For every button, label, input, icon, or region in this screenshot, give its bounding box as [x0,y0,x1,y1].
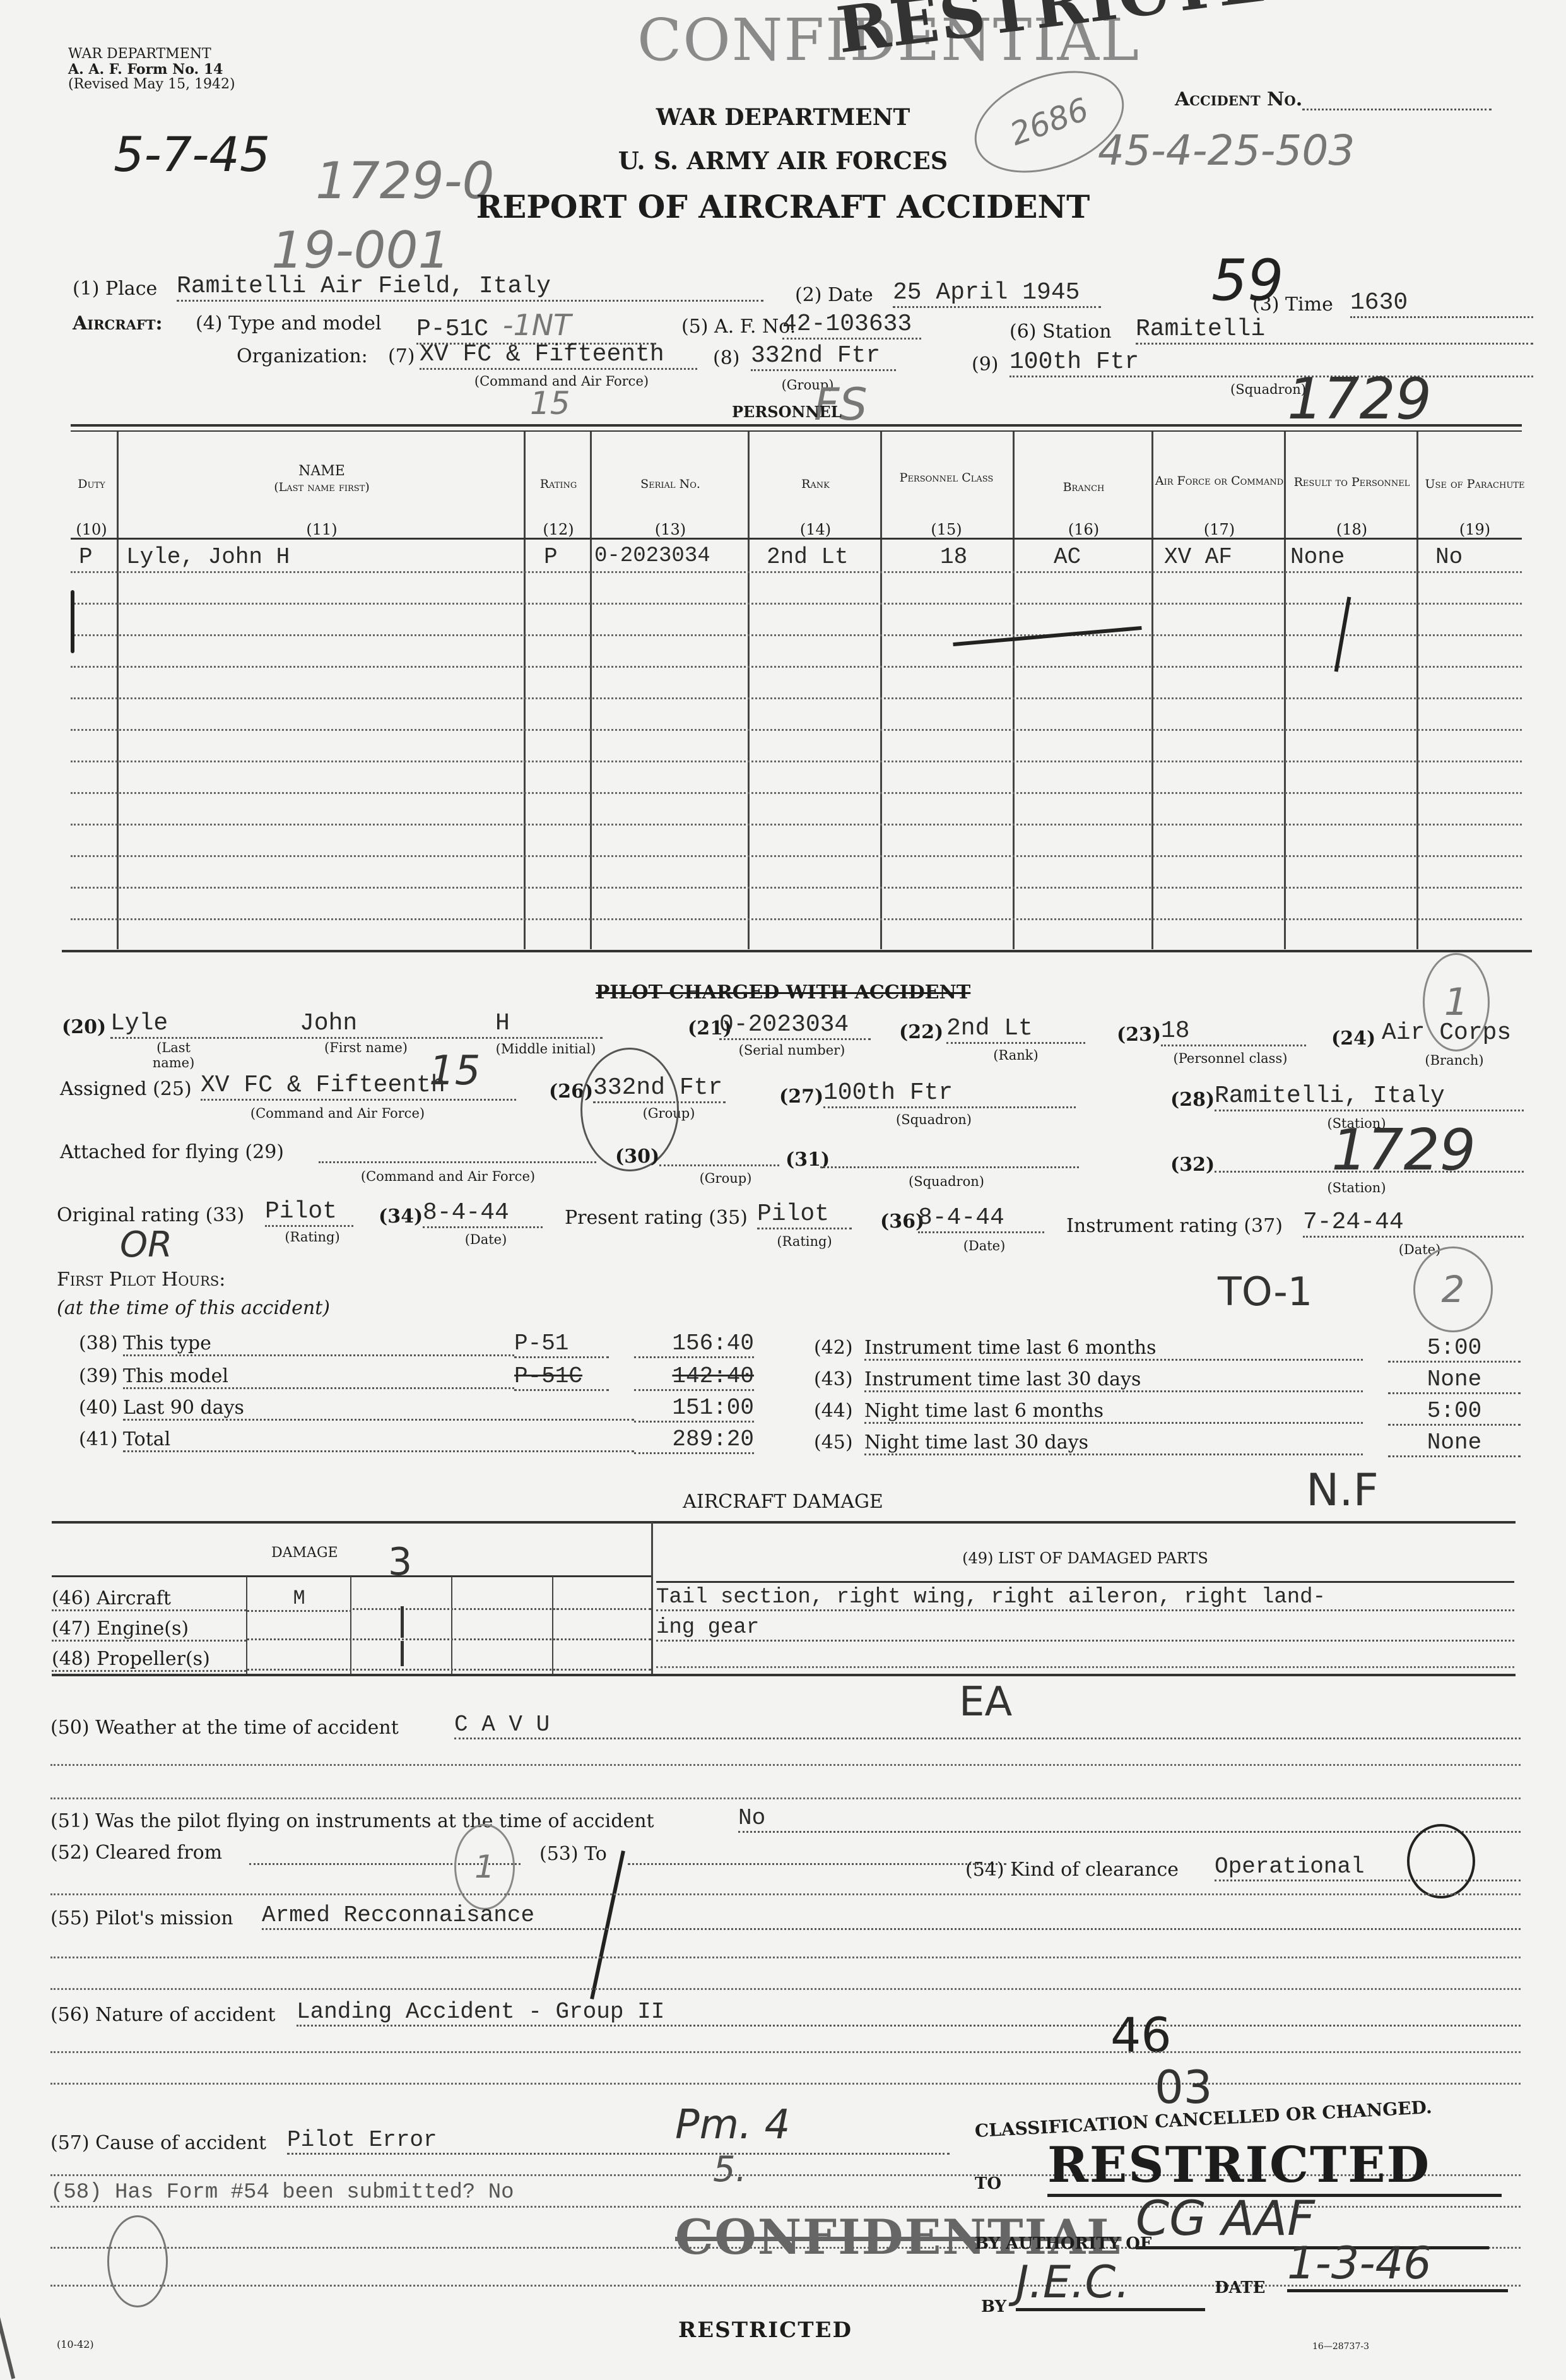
damage-propeller-value[interactable] [247,1650,351,1671]
type-model-handwritten: -1NT [503,308,571,342]
form-number: A. A. F. Form No. 14 [68,62,235,77]
hours-num: (44) [814,1400,864,1422]
handwritten-tick [401,1606,404,1638]
authority-label: BY AUTHORITY OF [975,2234,1151,2253]
col-branch: Branch [1016,480,1151,495]
attached-squadron-hint: (Squadron) [896,1174,997,1189]
hours-aircraft-field[interactable]: P-51C [514,1363,609,1391]
hours-value-field[interactable]: 5:00 [1388,1335,1521,1363]
accident-no-value[interactable] [1302,90,1492,110]
original-rating-date-field[interactable]: 8-4-44 [423,1199,543,1228]
attached-command-hint: (Command and Air Force) [341,1169,555,1184]
form-revised: (Revised May 15, 1942) [68,77,235,92]
handwritten-46: 46 [1110,2007,1172,2063]
last-name-hint: (Last name) [136,1040,211,1070]
af-no-field[interactable]: 42-103633 [782,311,921,340]
attached-group-hint: (Group) [694,1171,757,1186]
cell-duty[interactable]: P [79,544,93,570]
damaged-parts-line-2[interactable]: ing gear [656,1616,1514,1642]
hours-label: Last 90 days [123,1397,634,1421]
damage-row-engine: (47) Engine(s) [52,1614,651,1645]
hours-row-39: (39) This model P-51C 142:40 [79,1363,760,1391]
damage-aircraft-value[interactable]: M [247,1587,351,1612]
handwritten-squadron-note: 1729 [1287,366,1432,432]
col-personnel-class: Personnel Class [890,470,1003,485]
type-model-value: P-51C [416,316,488,343]
place-label: (1) Place [73,278,157,300]
aircraft-label: Aircraft: [73,312,163,335]
damage-row-label: (48) Propeller(s) [52,1648,246,1672]
pilot-charged-title: PILOT CHARGED WITH ACCIDENT [0,981,1566,1004]
classification-date-label: DATE [1215,2278,1265,2297]
handwritten-5: 5. [713,2149,746,2190]
hours-label: This type [123,1332,514,1356]
damage-list: (46) Aircraft M (47) Engine(s) (48) Prop… [52,1584,651,1675]
classification-to-label: TO [975,2174,1001,2193]
type-model-label: (4) Type and model [196,312,382,335]
cell-name[interactable]: Lyle, John H [126,544,290,570]
personnel-title: PERSONNEL [732,403,842,421]
time-label: (3) Time [1252,293,1333,316]
col-num-15: (15) [890,521,1003,538]
hours-label: Total [123,1428,634,1452]
hours-num: (38) [79,1332,123,1354]
col-num-17: (17) [1155,521,1284,538]
damage-header: DAMAGE [271,1545,338,1561]
by-value: J.E.C. [1016,2256,1205,2311]
hours-label: Night time last 30 days [864,1431,1363,1455]
attached-label: Attached for flying (29) [60,1141,284,1163]
present-rating-date-field[interactable]: 8-4-44 [918,1204,1044,1233]
original-rating-label: Original rating (33) [57,1204,244,1226]
station-label: (6) Station [1010,321,1112,343]
cell-serial[interactable]: 0-2023034 [594,544,710,568]
form-54-question[interactable]: (58) Has Form #54 been submitted? No [50,2181,514,2205]
page-edge-mark [0,2286,15,2379]
footer-print-code: 16—28737-3 [1312,2342,1369,2352]
hours-label: This model [123,1365,514,1389]
hours-num: (43) [814,1368,864,1390]
cleared-from-label: (52) Cleared from [50,1842,222,1864]
present-rating-field[interactable]: Pilot [757,1200,852,1229]
col-num-14: (14) [751,521,880,538]
squadron-num-label: (9) [972,353,999,376]
cell-result[interactable]: None [1290,544,1345,570]
original-rating-hint: (Rating) [284,1229,341,1245]
col-rating: Rating [527,477,590,492]
cell-rating[interactable]: P [544,544,558,570]
col-num-18: (18) [1287,521,1416,538]
present-date-hint: (Date) [962,1238,1006,1253]
instruments-field[interactable]: No [738,1805,1521,1833]
col-name-sub: (Last name first) [120,480,524,495]
hours-label: Instrument time last 30 days [864,1368,1363,1392]
col-air-force: Air Force or Command [1155,473,1284,488]
pilot-last-name: Lyle [110,1010,300,1037]
field-30-label: (30) [615,1146,659,1168]
damaged-parts-line-1[interactable]: Tail section, right wing, right aileron,… [656,1585,1514,1611]
handwritten-damage-3: 3 [388,1540,412,1584]
by-label: BY [981,2297,1006,2316]
col-serial: Serial No. [593,477,748,492]
nature-label: (56) Nature of accident [50,2004,275,2026]
footer-form-code: (10-42) [57,2338,94,2350]
handwritten-margin-circle [107,2215,168,2307]
col-num-10: (10) [66,521,117,538]
restricted-stamp-bottom: RESTRICTED [678,2318,852,2343]
title-usaaf: U. S. ARMY AIR FORCES [0,146,1566,175]
damage-row-aircraft: (46) Aircraft M [52,1584,651,1614]
pilot-class-field[interactable]: 18 [1161,1017,1306,1046]
assigned-squadron-field[interactable]: 100th Ftr [823,1079,1076,1108]
cleared-to-field[interactable] [628,1838,1006,1865]
weather-label: (50) Weather at the time of accident [50,1717,399,1739]
hours-label: Night time last 6 months [864,1400,1363,1424]
hours-num: (40) [79,1397,123,1419]
hours-num: (42) [814,1337,864,1359]
classification-date-value: 1-3-46 [1287,2237,1508,2292]
pilot-rank-field[interactable]: 2nd Lt [946,1015,1085,1044]
squadron-field[interactable]: 100th Ftr [1010,348,1533,377]
pilot-first-name: John [300,1010,495,1037]
handwritten-03: 03 [1155,2061,1213,2114]
organization-label: Organization: [237,345,368,367]
hours-label: Instrument time last 6 months [864,1337,1363,1361]
mission-label: (55) Pilot's mission [50,1907,233,1929]
field-24-label: (24) [1331,1027,1375,1050]
hours-row-40: (40) Last 90 days 151:00 [79,1395,760,1423]
cause-label: (57) Cause of accident [50,2132,266,2154]
branch-hint: (Branch) [1416,1053,1492,1068]
accident-no-field[interactable]: Accident No. [1175,88,1492,110]
classification-to-value: RESTRICTED [1047,2136,1502,2197]
hours-row-44: (44) Night time last 6 months 5:00 [814,1398,1521,1426]
present-rating-hint: (Rating) [776,1234,833,1249]
clearance-label: (54) Kind of clearance [965,1859,1179,1881]
col-num-16: (16) [1016,521,1151,538]
pilot-name-field[interactable]: Lyle John H [110,1010,603,1039]
af-no-label: (5) A. F. No. [681,316,796,338]
damage-row-propeller: (48) Propeller(s) [52,1645,651,1675]
handwritten-stroke [953,626,1141,646]
handwritten-or: OR [120,1224,172,1265]
col-rank: Rank [751,477,880,492]
handwritten-15: 15 [530,385,570,422]
rank-hint: (Rank) [991,1048,1041,1063]
hours-value-field[interactable]: 151:00 [634,1395,754,1423]
cell-branch[interactable]: AC [1054,544,1081,570]
cell-command[interactable]: XV AF [1164,544,1232,570]
col-result: Result to Personnel [1287,475,1416,490]
field-27-label: (27) [779,1086,823,1108]
middle-initial-hint: (Middle initial) [492,1041,599,1057]
field-28-label: (28) [1170,1089,1215,1111]
hours-aircraft-field[interactable]: P-51 [514,1330,609,1358]
damaged-parts-header: (49) LIST OF DAMAGED PARTS [656,1549,1514,1567]
cell-rank[interactable]: 2nd Lt [767,544,849,570]
hours-row-45: (45) Night time last 30 days None [814,1430,1521,1457]
weather-field[interactable]: C A V U [454,1712,1521,1739]
handwritten-bracket-mark [71,590,74,653]
instruments-label: (51) Was the pilot flying on instruments… [50,1810,654,1832]
col-num-19: (19) [1420,521,1530,538]
form-dept: WAR DEPARTMENT [68,47,235,62]
hours-value-field[interactable]: None [1388,1430,1521,1457]
hours-value-field[interactable]: 156:40 [634,1330,754,1358]
col-num-13: (13) [593,521,748,538]
handwritten-15-b: 15 [429,1048,480,1094]
hours-num: (39) [79,1365,123,1387]
nature-field[interactable]: Landing Accident - Group II [297,1999,1521,2027]
hours-value-field[interactable]: 5:00 [1388,1398,1521,1426]
col-parachute: Use of Parachute [1420,477,1530,492]
assigned-command-hint: (Command and Air Force) [243,1106,432,1121]
field-22-label: (22) [899,1021,943,1043]
cause-field[interactable]: Pilot Error [287,2127,950,2155]
instrument-rating-field[interactable]: 7-24-44 [1303,1209,1524,1238]
col-num-11: (11) [120,521,524,538]
type-model-field[interactable]: P-51C -1NT [416,308,656,345]
first-pilot-hours-title: First Pilot Hours: [57,1269,225,1291]
handwritten-nf: N.F [1306,1464,1379,1516]
attached-squadron-field[interactable] [820,1141,1079,1168]
first-pilot-hours-subtitle: (at the time of this accident) [57,1297,330,1319]
circled-2: 2 [1413,1246,1493,1332]
field-20-label: (20) [62,1016,106,1038]
date-label: (2) Date [795,284,873,306]
attached-command-field[interactable] [319,1136,596,1163]
form-identifier: WAR DEPARTMENT A. A. F. Form No. 14 (Rev… [68,47,235,92]
hours-row-42: (42) Instrument time last 6 months 5:00 [814,1335,1521,1363]
field-23-label: (23) [1117,1024,1161,1046]
cleared-to-label: (53) To [539,1843,607,1865]
serial-hint: (Serial number) [735,1043,849,1058]
accident-no-label: Accident No. [1175,88,1302,110]
damage-row-label: (47) Engine(s) [52,1618,246,1642]
original-date-hint: (Date) [464,1232,508,1247]
handwritten-code-2: 19-001 [271,221,450,280]
group-num-label: (8) [713,347,740,369]
cmd-num-label: (7) [388,345,415,367]
hours-value-field[interactable]: 142:40 [634,1363,754,1391]
command-field[interactable]: XV FC & Fifteenth [420,341,697,370]
cell-class[interactable]: 18 [940,544,967,570]
handwritten-pm: Pm. 4 [675,2102,790,2148]
cell-parachute[interactable]: No [1435,544,1463,570]
instrument-rating-label: Instrument rating (37) [1066,1215,1283,1237]
hours-value-field[interactable]: None [1388,1366,1521,1394]
pilot-middle-initial: H [495,1010,510,1037]
hours-row-43: (43) Instrument time last 30 days None [814,1366,1521,1394]
hours-row-41: (41) Total 289:20 [79,1426,760,1454]
mission-field[interactable]: Armed Recconnaisance [262,1902,1521,1930]
original-rating-field[interactable]: Pilot [265,1198,353,1227]
attached-group-field[interactable] [659,1139,779,1166]
pilot-branch-field[interactable]: Air Corps [1382,1019,1511,1046]
assigned-station-field[interactable]: Ramitelli, Italy [1215,1082,1524,1111]
station-field[interactable]: Ramitelli [1136,316,1533,345]
date-field[interactable]: 25 April 1945 [893,279,1101,308]
hours-row-38: (38) This type P-51 156:40 [79,1330,760,1358]
page-title: REPORT OF AIRCRAFT ACCIDENT [0,188,1566,225]
assigned-squadron-hint: (Squadron) [883,1112,984,1127]
handwritten-circle [1407,1824,1475,1898]
time-field[interactable]: 1630 [1350,289,1533,318]
field-34-label: (34) [379,1205,423,1228]
pilot-serial-field[interactable]: 0-2023034 [719,1011,871,1040]
first-name-hint: (First name) [315,1040,416,1055]
group-field[interactable]: 332nd Ftr [751,342,896,371]
col-duty: Duty [66,477,117,492]
handwritten-to-1: TO-1 [1218,1269,1312,1315]
handwritten-tick [401,1641,404,1666]
place-field[interactable]: Ramitelli Air Field, Italy [177,273,763,302]
assigned-label: Assigned (25) [60,1078,192,1100]
hours-num: (45) [814,1431,864,1453]
hours-num: (41) [79,1428,123,1450]
present-rating-label: Present rating (35) [565,1207,748,1229]
damage-row-label: (46) Aircraft [52,1587,246,1611]
damage-engine-value[interactable] [247,1619,351,1640]
circled-1-b: 1 [454,1824,515,1910]
personnel-class-hint: (Personnel class) [1167,1051,1293,1066]
field-32-label: (32) [1170,1154,1215,1176]
col-name: NAME [120,464,524,479]
col-num-12: (12) [527,521,590,538]
handwritten-station-note: 1729 [1331,1117,1476,1183]
hours-value-field[interactable]: 289:20 [634,1426,754,1454]
